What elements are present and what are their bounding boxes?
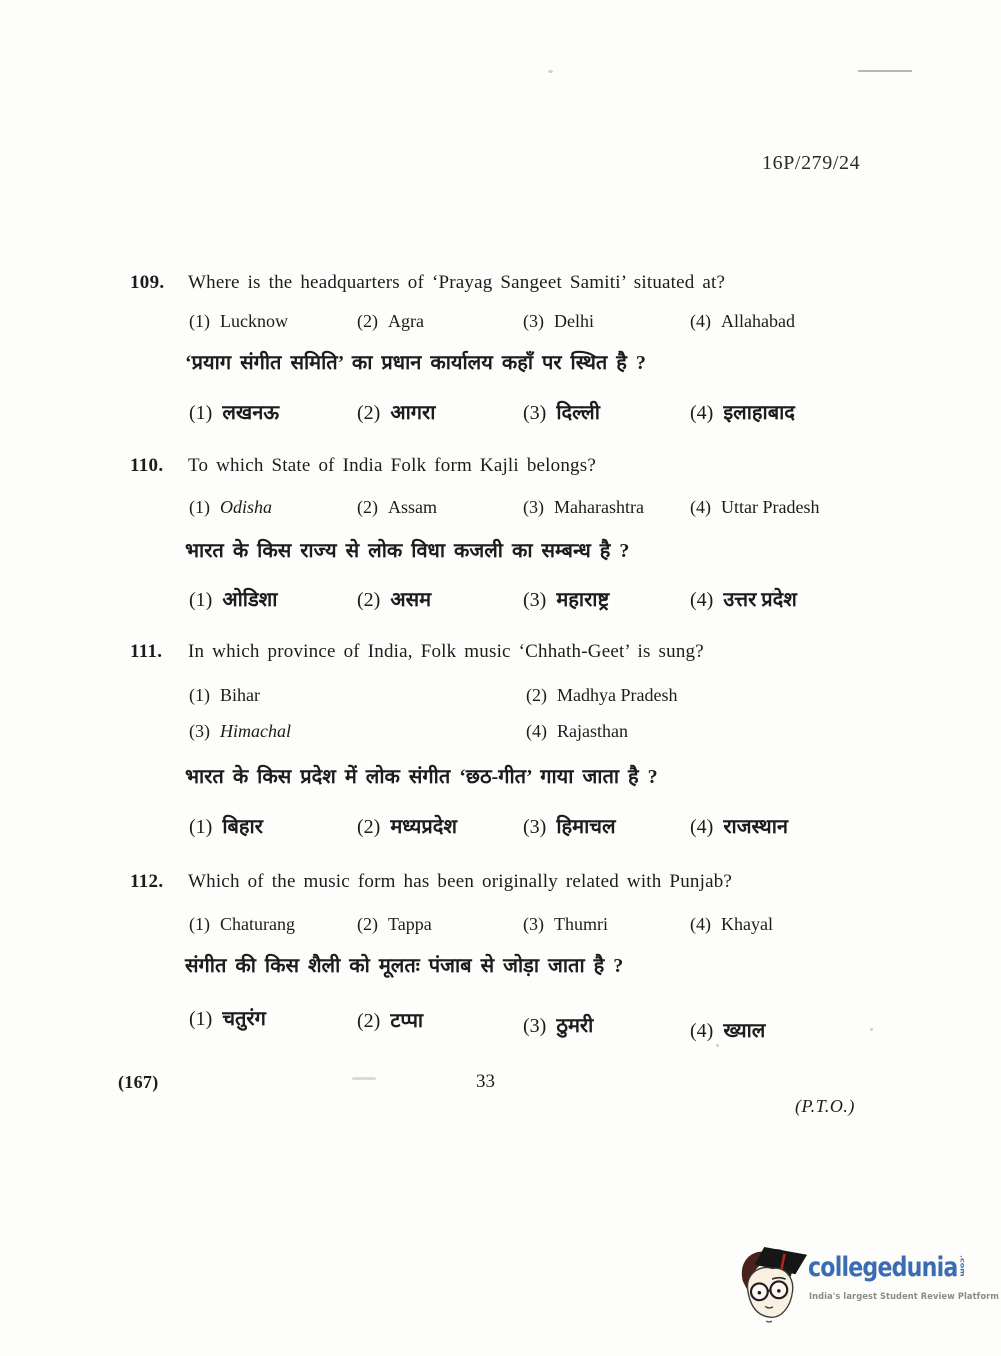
option: (1)चतुरंग (189, 1004, 357, 1031)
option: (2)Tappa (357, 914, 523, 935)
option-label: Madhya Pradesh (557, 685, 677, 705)
option: (2)असम (357, 585, 523, 612)
option-number: (1) (189, 589, 212, 612)
option-label: Agra (388, 311, 424, 331)
option: (4)Uttar Pradesh (690, 497, 896, 518)
option-label: Thumri (554, 914, 608, 934)
option-label: टप्पा (390, 1010, 423, 1032)
option: (4)Allahabad (690, 311, 896, 332)
exam-paper-page: 16P/279/24 109. Where is the headquarter… (0, 0, 1001, 1356)
option: (3)Himachal (189, 721, 526, 742)
option-number: (3) (523, 914, 544, 935)
option: (4)इलाहाबाद (690, 398, 896, 425)
option-label: Bihar (220, 685, 260, 705)
option-number: (2) (526, 685, 547, 706)
booklet-number: (167) (118, 1072, 159, 1093)
option: (4)Khayal (690, 914, 896, 935)
option-number: (2) (357, 311, 378, 332)
option-label: Assam (388, 497, 437, 517)
question-112-text-hi: संगीत की किस शैली को मूलतः पंजाब से जोड़… (130, 951, 896, 978)
question-110-options-hi: (1)ओडिशा (2)असम (3)महाराष्ट्र (4)उत्तर प… (130, 585, 896, 612)
option-number: (2) (357, 914, 378, 935)
brand-name: collegedunia.com (808, 1254, 966, 1281)
option: (2)Agra (357, 311, 523, 332)
question-111: 111. In which province of India, Folk mu… (130, 641, 896, 663)
collegedunia-mascot-icon (736, 1244, 810, 1324)
scan-artifact-line (858, 70, 912, 72)
option-label: उत्तर प्रदेश (723, 589, 797, 611)
question-110: 110. To which State of India Folk form K… (130, 455, 896, 477)
question-text-en: Which of the music form has been origina… (188, 871, 732, 893)
option-number: (4) (690, 1020, 713, 1043)
question-text-hi: संगीत की किस शैली को मूलतः पंजाब से जोड़… (185, 955, 623, 977)
option: (4)Rajasthan (526, 721, 896, 742)
option-number: (3) (523, 589, 546, 612)
brand-wordmark: collegedunia (808, 1252, 957, 1283)
option: (1)ओडिशा (189, 585, 357, 612)
scan-speck (716, 1044, 719, 1047)
option: (3)हिमाचल (523, 812, 690, 839)
option-number: (1) (189, 914, 210, 935)
collegedunia-logo: collegedunia.com India's largest Student… (736, 1244, 976, 1326)
option: (2)आगरा (357, 398, 523, 425)
question-112-options-hi: (1)चतुरंग (2)टप्पा (3)ठुमरी (4)ख्याल (130, 1004, 896, 1031)
option-number: (4) (526, 721, 547, 742)
option-number: (1) (189, 685, 210, 706)
question-110-text-hi: भारत के किस राज्य से लोक विधा कजली का सम… (130, 536, 896, 563)
option-label: ख्याल (723, 1020, 765, 1042)
option-label: मध्यप्रदेश (390, 816, 457, 838)
option-number: (3) (523, 816, 546, 839)
question-112: 112. Which of the music form has been or… (130, 871, 896, 893)
option-label: चतुरंग (222, 1008, 266, 1030)
option-label: हिमाचल (556, 816, 615, 838)
option-label: Khayal (721, 914, 773, 934)
brand-tagline: India's largest Student Review Platform (809, 1292, 999, 1302)
exam-code: 16P/279/24 (762, 152, 860, 175)
scan-speck (352, 1077, 376, 1080)
question-text-en: Where is the headquarters of ‘Prayag San… (188, 272, 725, 294)
option-number: (4) (690, 497, 711, 518)
question-111-options-en-row2: (3)Himachal (4)Rajasthan (130, 721, 896, 742)
option-number: (2) (357, 402, 380, 425)
option-number: (3) (523, 402, 546, 425)
option: (2)मध्यप्रदेश (357, 812, 523, 839)
option: (3)महाराष्ट्र (523, 585, 690, 612)
question-text-en: In which province of India, Folk music ‘… (188, 641, 704, 663)
option-number: (3) (523, 311, 544, 332)
question-text-hi: ‘प्रयाग संगीत समिति’ का प्रधान कार्यालय … (185, 352, 646, 374)
option-number: (3) (189, 721, 210, 742)
option-label: दिल्ली (556, 402, 600, 424)
option-label: इलाहाबाद (723, 402, 795, 424)
option-label: राजस्थान (723, 816, 788, 838)
option: (1)Odisha (189, 497, 357, 518)
option-label: ठुमरी (556, 1015, 593, 1037)
question-number: 109. (130, 272, 188, 294)
option: (1)Bihar (189, 685, 526, 706)
option: (3)Maharashtra (523, 497, 690, 518)
option-label: Uttar Pradesh (721, 497, 819, 517)
question-109-options-en: (1)Lucknow (2)Agra (3)Delhi (4)Allahabad (130, 311, 896, 332)
option-label: Maharashtra (554, 497, 644, 517)
question-number: 112. (130, 871, 188, 893)
option: (3)ठुमरी (523, 1011, 690, 1038)
option: (2)Madhya Pradesh (526, 685, 896, 706)
option-number: (4) (690, 402, 713, 425)
option-number: (3) (523, 497, 544, 518)
option-number: (4) (690, 816, 713, 839)
question-111-text-hi: भारत के किस प्रदेश में लोक संगीत ‘छठ-गीत… (130, 762, 896, 789)
question-number: 110. (130, 455, 188, 477)
option-label: Odisha (220, 497, 272, 517)
option-number: (2) (357, 1010, 380, 1033)
option: (1)बिहार (189, 812, 357, 839)
option-label: Rajasthan (557, 721, 628, 741)
option: (3)Thumri (523, 914, 690, 935)
question-112-options-en: (1)Chaturang (2)Tappa (3)Thumri (4)Khaya… (130, 914, 896, 935)
question-109: 109. Where is the headquarters of ‘Praya… (130, 272, 896, 294)
option-label: Allahabad (721, 311, 795, 331)
option-number: (2) (357, 497, 378, 518)
option-label: बिहार (222, 816, 263, 838)
option: (3)दिल्ली (523, 398, 690, 425)
option-number: (1) (189, 311, 210, 332)
option-label: Delhi (554, 311, 594, 331)
option-label: Tappa (388, 914, 432, 934)
option-label: आगरा (390, 402, 435, 424)
question-text-en: To which State of India Folk form Kajli … (188, 455, 596, 477)
option: (2)Assam (357, 497, 523, 518)
option: (1)Lucknow (189, 311, 357, 332)
question-text-hi: भारत के किस प्रदेश में लोक संगीत ‘छठ-गीत… (185, 766, 658, 788)
option-label: ओडिशा (222, 589, 277, 611)
option-label: Himachal (220, 721, 291, 741)
scan-speck (548, 70, 553, 73)
option: (4)ख्याल (690, 1016, 896, 1043)
option-number: (2) (357, 816, 380, 839)
option-label: Chaturang (220, 914, 295, 934)
option-number: (1) (189, 497, 210, 518)
option: (3)Delhi (523, 311, 690, 332)
question-110-options-en: (1)Odisha (2)Assam (3)Maharashtra (4)Utt… (130, 497, 896, 518)
question-text-hi: भारत के किस राज्य से लोक विधा कजली का सम… (185, 540, 629, 562)
option-number: (1) (189, 402, 212, 425)
question-111-options-en-row1: (1)Bihar (2)Madhya Pradesh (130, 685, 896, 706)
brand-tld: .com (959, 1255, 966, 1277)
page-number: 33 (476, 1071, 495, 1093)
option: (2)टप्पा (357, 1006, 523, 1033)
option-label: महाराष्ट्र (556, 589, 609, 611)
option-number: (4) (690, 914, 711, 935)
pto-label: (P.T.O.) (795, 1096, 855, 1117)
question-111-options-hi: (1)बिहार (2)मध्यप्रदेश (3)हिमाचल (4)राजस… (130, 812, 896, 839)
option-number: (3) (523, 1015, 546, 1038)
option-number: (1) (189, 1008, 212, 1031)
option-number: (1) (189, 816, 212, 839)
option-label: Lucknow (220, 311, 288, 331)
option: (4)राजस्थान (690, 812, 896, 839)
option-number: (4) (690, 311, 711, 332)
option: (1)लखनऊ (189, 398, 357, 425)
question-109-options-hi: (1)लखनऊ (2)आगरा (3)दिल्ली (4)इलाहाबाद (130, 398, 896, 425)
option-number: (4) (690, 589, 713, 612)
option-number: (2) (357, 589, 380, 612)
question-109-text-hi: ‘प्रयाग संगीत समिति’ का प्रधान कार्यालय … (130, 348, 896, 375)
option: (1)Chaturang (189, 914, 357, 935)
option-label: लखनऊ (222, 402, 279, 424)
option: (4)उत्तर प्रदेश (690, 585, 896, 612)
question-number: 111. (130, 641, 188, 663)
option-label: असम (390, 589, 431, 611)
